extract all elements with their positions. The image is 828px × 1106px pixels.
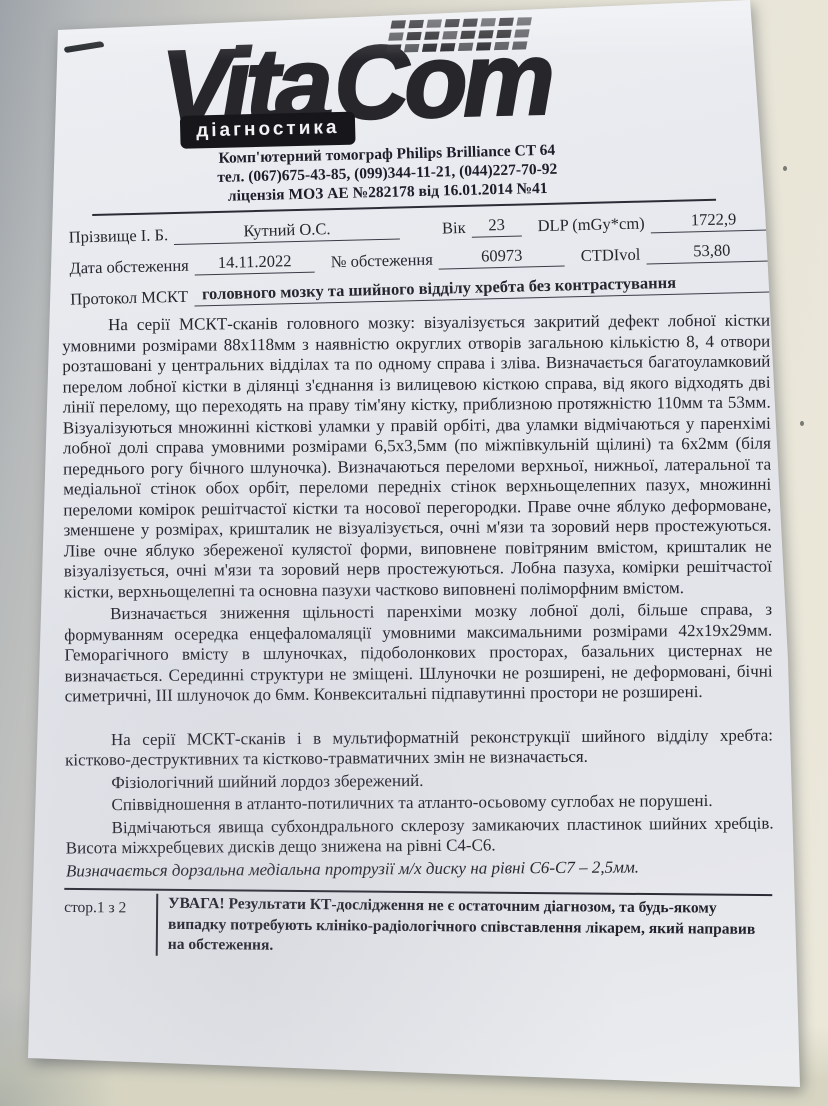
patient-fields: Прізвище І. Б. Кутний О.С. Вік 23 DLP (m… <box>68 208 778 309</box>
document-photo: VitaCom діагностика Комп'ютерний томогра… <box>0 0 828 1106</box>
dlp-value: 1722,9 <box>650 208 776 233</box>
report-paragraph: На серії МСКТ-сканів головного мозку: ві… <box>62 311 772 603</box>
exam-no-value: 60973 <box>439 244 565 269</box>
vitacom-logo: VitaCom діагностика <box>160 29 774 148</box>
page-number: стор.1 з 2 <box>64 893 153 955</box>
date-value: 14.11.2022 <box>194 251 315 276</box>
dlp-label: DLP (mGy*cm) <box>537 213 651 236</box>
age-label: Вік <box>442 218 472 239</box>
field-row-protocol: Протокол МСКТ головного мозку та шийного… <box>70 270 778 309</box>
page-footer: стор.1 з 2 УВАГА! Результати КТ-дослідже… <box>64 888 773 961</box>
ctdi-value: 53,80 <box>646 239 777 264</box>
surname-value: Кутний О.С. <box>174 217 400 245</box>
date-label: Дата обстеження <box>69 256 195 279</box>
footer-divider <box>156 894 159 956</box>
exam-no-label: № обстеження <box>330 250 439 273</box>
report-paragraph: Фізіологічний шийний лордоз збережений. <box>65 768 773 793</box>
report-paragraph: Визначається зниження щільності паренхім… <box>64 600 773 707</box>
dot-matrix-icon <box>386 17 532 53</box>
letterhead: VitaCom діагностика Комп'ютерний томогра… <box>64 29 778 309</box>
protocol-label: Протокол МСКТ <box>70 287 194 310</box>
age-value: 23 <box>471 215 522 238</box>
surname-label: Прізвище І. Б. <box>69 225 175 248</box>
diagnostika-badge: діагностика <box>182 114 354 147</box>
report-paragraph: На серії МСКТ-сканів і в мультиформатній… <box>65 725 773 771</box>
report-content: VitaCom діагностика Комп'ютерний томогра… <box>64 30 772 958</box>
logo-com-wrap: Com <box>333 35 551 130</box>
ctdi-label: CTDIvol <box>581 244 647 266</box>
report-paragraph: Відмічаються явища субхондрального склер… <box>66 813 774 859</box>
report-paragraph: Співвідношення в атланто-потиличних та а… <box>65 791 773 816</box>
report-paragraph-protrusion: Визначається дорзальна медіальна протруз… <box>66 856 774 881</box>
warning-note: УВАГА! Результати КТ-дослідження не є ос… <box>168 894 773 961</box>
protocol-value: головного мозку та шийного відділу хребт… <box>194 270 779 306</box>
paper-sheet: VitaCom діагностика Комп'ютерний томогра… <box>0 0 828 1106</box>
report-body: На серії МСКТ-сканів головного мозку: ві… <box>62 311 774 882</box>
